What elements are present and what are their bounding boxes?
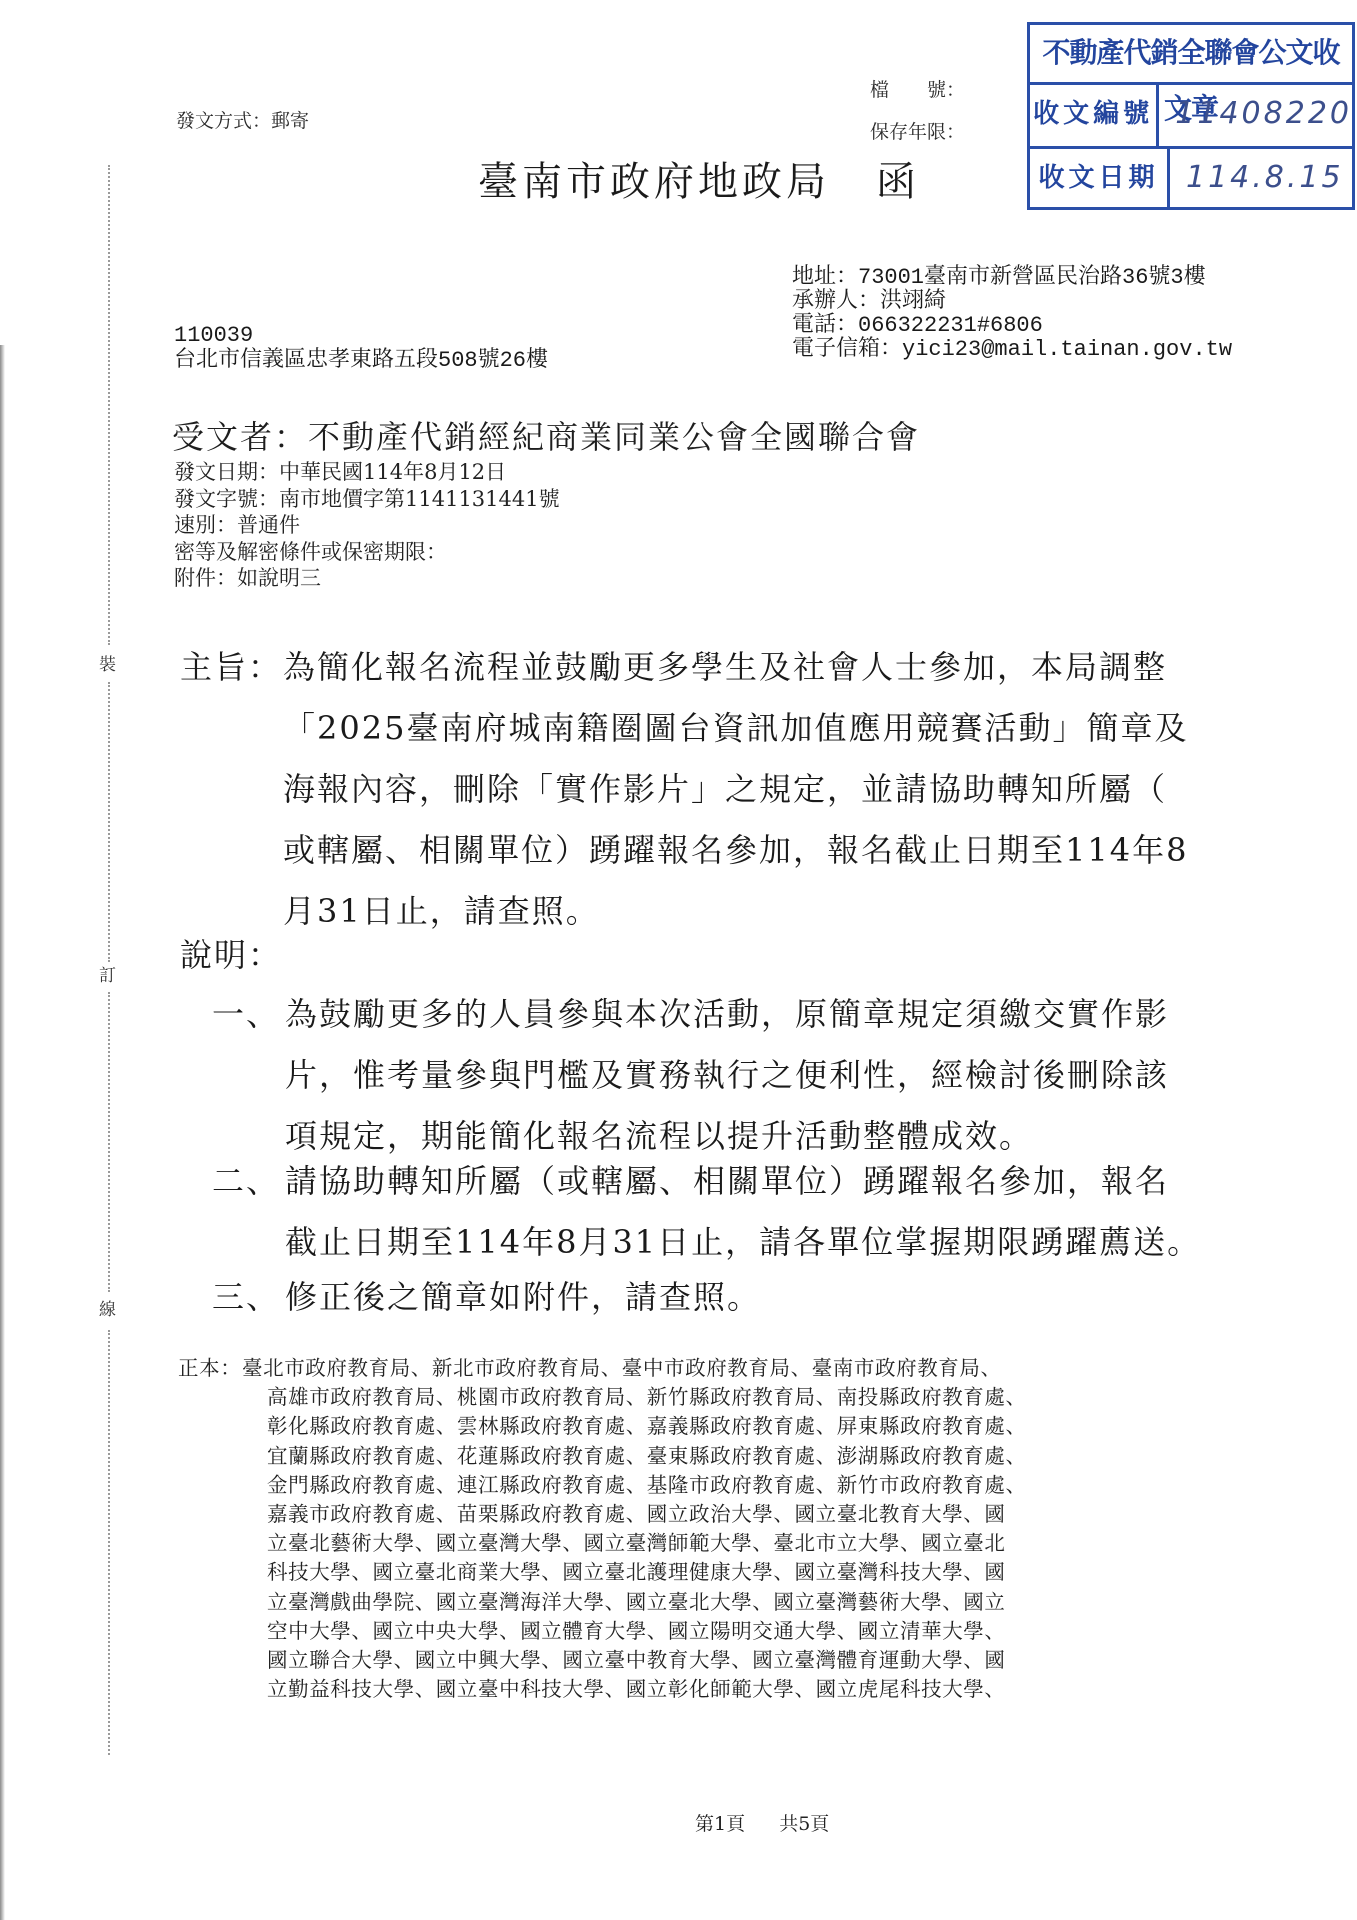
distribution-line: 空中大學、國立中央大學、國立體育大學、國立陽明交通大學、國立清華大學、 xyxy=(267,1617,1027,1646)
page-total: 共5頁 xyxy=(779,1813,829,1835)
document-type: 函 xyxy=(876,150,920,207)
receipt-stamp: 不動產代銷全聯會公文收文章 收文編號 11408220 收文日期 114.8.1… xyxy=(1027,22,1355,210)
sender-contact: 地址：73001臺南市新營區民治路36號3樓 承辦人：洪翊綺 電話：066322… xyxy=(792,266,1232,362)
explanation-line: 截止日期至114年8月31日止，請各單位掌握期限踴躍薦送。 xyxy=(285,1212,1201,1273)
subject-line: 「2025臺南府城南籍圈圖台資訊加值應用競賽活動」簡章及 xyxy=(283,698,1188,759)
attachment: 附件：如說明三 xyxy=(174,565,560,592)
distribution-label: 正本： xyxy=(178,1354,241,1383)
sender-address: 地址：73001臺南市新營區民治路36號3樓 xyxy=(792,266,1232,290)
send-method: 發文方式：郵寄 xyxy=(176,106,309,133)
email: 電子信箱：yici23@mail.tainan.gov.tw xyxy=(792,338,1232,362)
issue-date: 發文日期：中華民國114年8月12日 xyxy=(174,459,560,486)
explanation-line: 修正後之簡章如附件，請查照。 xyxy=(285,1267,761,1328)
distribution-line: 高雄市政府教育局、桃園市政府教育局、新竹縣政府教育局、南投縣政府教育處、 xyxy=(267,1383,1027,1412)
distribution-line: 嘉義市政府教育處、苗栗縣政府教育處、國立政治大學、國立臺北教育大學、國 xyxy=(267,1500,1027,1529)
recipient-postal: 110039 台北市信義區忠孝東路五段508號26樓 xyxy=(174,323,548,373)
recipient: 受文者：不動產代銷經紀商業同業公會全國聯合會 xyxy=(172,412,920,458)
classification: 密等及解密條件或保密期限： xyxy=(174,539,560,566)
distribution-line: 立勤益科技大學、國立臺中科技大學、國立彰化師範大學、國立虎尾科技大學、 xyxy=(267,1675,1027,1704)
stamp-value-date: 114.8.15 xyxy=(1170,149,1352,207)
recipient-postal-code: 110039 xyxy=(174,323,548,348)
stamp-label-date: 收文日期 xyxy=(1030,149,1170,207)
scanner-edge xyxy=(0,345,5,1920)
retention-label: 保存年限： xyxy=(870,117,965,144)
explanation-item-1: 為鼓勵更多的人員參與本次活動，原簡章規定須繳交實作影 片，惟考量參與門檻及實務執… xyxy=(285,984,1169,1167)
subject-line: 或轄屬、相關單位）踴躍報名參加，報名截止日期至114年8 xyxy=(283,820,1188,881)
subject-label: 主旨： xyxy=(180,637,282,698)
page-current: 第1頁 xyxy=(695,1813,745,1835)
explanation-item-3-marker: 三、 xyxy=(212,1267,280,1328)
explanation-label: 說明： xyxy=(180,925,282,986)
binding-mark-zhuang: 裝 xyxy=(99,655,116,675)
distribution-list: 臺北市政府教育局、新北市政府教育局、臺中市政府教育局、臺南市政府教育局、 高雄市… xyxy=(242,1354,1027,1704)
stamp-row-number: 收文編號 11408220 xyxy=(1030,85,1352,146)
phone: 電話：066322231#6806 xyxy=(792,314,1232,338)
binding-line-top xyxy=(108,165,110,645)
distribution-line: 國立聯合大學、國立中興大學、國立臺中教育大學、國立臺灣體育運動大學、國 xyxy=(267,1646,1027,1675)
explanation-line: 片，惟考量參與門檻及實務執行之便利性，經檢討後刪除該 xyxy=(285,1045,1169,1106)
page-indicator: 第1頁 共5頁 xyxy=(695,1809,829,1836)
subject-line: 月31日止，請查照。 xyxy=(283,881,1188,942)
binding-mark-xian: 線 xyxy=(99,1300,116,1320)
distribution-line: 科技大學、國立臺北商業大學、國立臺北護理健康大學、國立臺灣科技大學、國 xyxy=(267,1558,1027,1587)
stamp-label-number: 收文編號 xyxy=(1030,85,1159,146)
distribution-line: 立臺北藝術大學、國立臺灣大學、國立臺灣師範大學、臺北市立大學、國立臺北 xyxy=(267,1529,1027,1558)
distribution-line: 立臺灣戲曲學院、國立臺灣海洋大學、國立臺北大學、國立臺灣藝術大學、國立 xyxy=(267,1588,1027,1617)
stamp-title: 不動產代銷全聯會公文收文章 xyxy=(1030,25,1352,85)
explanation-line: 為鼓勵更多的人員參與本次活動，原簡章規定須繳交實作影 xyxy=(285,984,1169,1045)
explanation-line: 請協助轉知所屬（或轄屬、相關單位）踴躍報名參加，報名 xyxy=(285,1151,1201,1212)
binding-line-mid xyxy=(108,682,110,962)
document-number: 發文字號：南市地價字第1141131441號 xyxy=(174,486,560,513)
binding-line-mid2 xyxy=(108,992,110,1292)
binding-mark-ding: 訂 xyxy=(99,966,116,986)
priority: 速別：普通件 xyxy=(174,512,560,539)
agency-title: 臺南市政府地政局 xyxy=(478,150,830,207)
distribution-line: 宜蘭縣政府教育處、花蓮縣政府教育處、臺東縣政府教育處、澎湖縣政府教育處、 xyxy=(267,1442,1027,1471)
distribution-line: 臺北市政府教育局、新北市政府教育局、臺中市政府教育局、臺南市政府教育局、 xyxy=(242,1354,1027,1383)
subject-line: 海報內容，刪除「實作影片」之規定，並請協助轉知所屬（ xyxy=(283,759,1188,820)
explanation-item-2: 請協助轉知所屬（或轄屬、相關單位）踴躍報名參加，報名 截止日期至114年8月31… xyxy=(285,1151,1201,1273)
binding-line-bottom xyxy=(108,1330,110,1755)
subject-line: 為簡化報名流程並鼓勵更多學生及社會人士參加，本局調整 xyxy=(283,637,1188,698)
file-number-label: 檔 號： xyxy=(870,75,965,102)
explanation-item-3: 修正後之簡章如附件，請查照。 xyxy=(285,1267,761,1328)
stamp-row-date: 收文日期 114.8.15 xyxy=(1030,146,1352,207)
distribution-line: 金門縣政府教育處、連江縣政府教育處、基隆市政府教育處、新竹市政府教育處、 xyxy=(267,1471,1027,1500)
stamp-value-number: 11408220 xyxy=(1159,85,1352,146)
subject-body: 為簡化報名流程並鼓勵更多學生及社會人士參加，本局調整 「2025臺南府城南籍圈圖… xyxy=(283,637,1188,942)
recipient-street-address: 台北市信義區忠孝東路五段508號26樓 xyxy=(174,348,548,373)
handler: 承辦人：洪翊綺 xyxy=(792,290,1232,314)
document-meta: 發文日期：中華民國114年8月12日 發文字號：南市地價字第1141131441… xyxy=(174,459,560,592)
explanation-item-1-marker: 一、 xyxy=(212,984,280,1045)
distribution-line: 彰化縣政府教育處、雲林縣政府教育處、嘉義縣政府教育處、屏東縣政府教育處、 xyxy=(267,1412,1027,1441)
explanation-item-2-marker: 二、 xyxy=(212,1151,280,1212)
